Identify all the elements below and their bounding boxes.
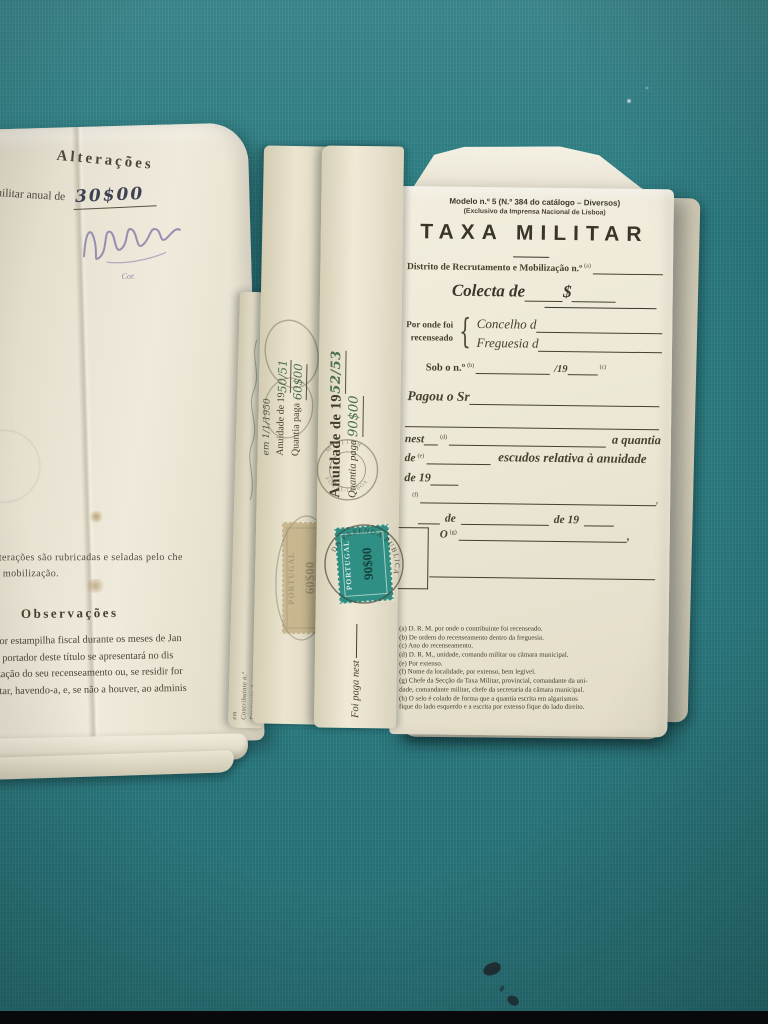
sealed-note-line: s alterações são rubricadas e seladas pe…: [0, 550, 252, 566]
teal-stamp-value: 90$00: [359, 547, 376, 580]
district-row: Distrito de Recrutamento e Mobilização n…: [407, 262, 663, 275]
de-label: de: [405, 452, 416, 464]
foi-paga-label: Foi paga nest: [350, 660, 362, 718]
sealed-note-line: io e mobilização.: [0, 566, 252, 582]
footnote-line: dade, comandante militar, chefe da secre…: [399, 686, 660, 695]
blank-line: [593, 265, 663, 275]
blank-line: [461, 514, 549, 526]
footnote-line: (g) Chefe da Secção da Taxa Militar, pro…: [399, 678, 660, 687]
brace-glyph: {: [459, 316, 471, 347]
observacoes-line: militar, havendo-a, e, se não a houver, …: [0, 680, 259, 701]
colecta-row: Colecta de $: [395, 280, 673, 303]
blank-line: [538, 340, 662, 354]
por-onde-labels: Por onde foi recenseado: [406, 318, 453, 346]
footnote-marker-d: (d): [440, 435, 447, 441]
blank-line: [429, 562, 655, 579]
blank-line: [476, 364, 550, 375]
photo-of-open-tax-booklet: Alterações xa militar anual de30$00 Cor.…: [0, 0, 768, 1024]
blank-line: [525, 286, 563, 302]
currency-symbol: $: [563, 282, 572, 302]
blank-line: [418, 514, 440, 525]
footnote-line: (a) D. R. M. por onde o contribuinte foi…: [399, 625, 660, 634]
ink-spot: [499, 984, 506, 992]
sob-label: Sob o n.º: [426, 362, 466, 373]
nest-label: nest: [405, 433, 424, 445]
ink-spot: [482, 961, 502, 977]
colecta-double-rule: [545, 307, 657, 309]
blank-line: [431, 474, 459, 486]
receipt-stub-1952: Anuidade de 1952/53 Quantia paga 90$00 M…: [314, 145, 404, 728]
o-label: O: [440, 529, 448, 541]
footnote-marker-b: (b): [467, 363, 474, 369]
paper-stain: [88, 510, 104, 522]
photo-bottom-edge: [0, 1011, 768, 1024]
concelho-row: Concelho d: [477, 316, 663, 334]
signature-handwriting: [74, 202, 189, 272]
freguesia-label: Freguesia d: [476, 335, 538, 352]
blank-line: [424, 435, 438, 446]
continuation-line-row: [405, 412, 659, 430]
colecta-label: Colecta de: [452, 281, 525, 302]
de19-label: de 19: [404, 470, 431, 485]
footnote-line: (d) D. R. M., unidade, comando militar o…: [399, 652, 660, 661]
trailing-comma: ,: [627, 531, 630, 543]
footnote-marker-g: (g): [450, 530, 457, 536]
nest-quantia-row: nest (d) a quantia: [405, 430, 661, 448]
taxa-militar-form: Modelo n.º 5 (N.º 384 do catálogo – Dive…: [389, 186, 674, 737]
pagou-row: Pagou o Sr: [407, 388, 659, 407]
sob-numero-row: Sob o n.º (b) /19 (c): [426, 362, 638, 376]
quantia-value-handwritten: 90$00: [346, 396, 364, 438]
footnote-marker-c: (c): [600, 365, 607, 371]
left-page: Alterações xa militar anual de30$00 Cor.…: [0, 122, 265, 747]
brown-stamp-value: 60$00: [302, 562, 317, 595]
freguesia-row: Freguesia d: [476, 335, 662, 353]
blank-line: [356, 624, 357, 658]
form-title: TAXA MILITAR: [395, 220, 673, 247]
blank-line: [459, 530, 627, 542]
anuidade-value-handwritten: 52/53: [329, 350, 347, 394]
date-row: de de 19: [418, 512, 650, 527]
title-rule: [513, 256, 549, 257]
concelho-label: Concelho d: [477, 316, 537, 333]
footnote-line: fique do lado esquerdo e a escrita por e…: [399, 704, 660, 713]
footnotes-block: (a) D. R. M. por onde o contribuinte foi…: [399, 625, 660, 712]
signature-official-row: O (g) ,: [440, 529, 630, 543]
blank-line: [536, 321, 662, 335]
escudos-label: escudos relativa à anuidade: [498, 449, 647, 467]
observacoes-heading: Observações: [21, 605, 119, 622]
de-mid-label: de: [445, 513, 456, 525]
blank-line: [405, 412, 659, 430]
blank-line: [420, 494, 656, 506]
blank-line: [470, 392, 660, 407]
footnote-marker-f: (f): [412, 492, 418, 498]
observacoes-paragraph: ga por estampilha fiscal durante os mese…: [0, 630, 259, 701]
recenseado-group: Por onde foi recenseado { Concelho d Fre…: [406, 312, 662, 353]
issuer-line: (Exclusivo da Imprensa Nacional de Lisbo…: [396, 207, 674, 217]
blank-line: [571, 287, 615, 303]
de19-date-label: de 19: [554, 514, 579, 526]
year-prefix: /19: [554, 364, 568, 375]
a-quantia-label: a quantia: [612, 433, 661, 449]
blank-line: [584, 516, 614, 527]
alteracoes-heading: Alterações: [56, 148, 155, 174]
trailing-comma: ,: [656, 495, 659, 506]
footnote-marker-e: (e): [418, 453, 425, 459]
district-label: Distrito de Recrutamento e Mobilização n…: [407, 262, 582, 274]
concelho-freguesia-fields: Concelho d Freguesia d: [476, 313, 662, 353]
recenseado-label: recenseado: [406, 331, 453, 345]
circular-postmark-militar: MILITAR FISCAL-LISBOA: [311, 433, 384, 506]
blank-line: [449, 435, 606, 448]
por-onde-foi-label: Por onde foi: [406, 318, 453, 332]
blank-line: [426, 454, 490, 466]
faint-postmarks: [260, 315, 327, 446]
tax-line-prefix: xa militar anual de: [0, 186, 66, 203]
sealed-note-paragraph: s alterações são rubricadas e seladas pe…: [0, 550, 252, 582]
pagou-label: Pagou o Sr: [407, 388, 469, 405]
brown-stamp-country: PORTUGAL: [287, 551, 296, 604]
localidade-row: (f) ,: [410, 492, 658, 506]
de19-row: de 19: [404, 470, 459, 486]
teal-revenue-stamp-with-postmark: PORTUGAL 90$00 DA FAZENDA PUBLICA: [322, 506, 406, 618]
escudos-row: de (e) escudos relativa à anuidade: [405, 448, 657, 467]
faint-stamp-impression: [0, 428, 42, 504]
signature-note: Cor.: [121, 272, 135, 281]
footnote-marker-a: (a): [584, 263, 591, 269]
ink-spot: [506, 994, 520, 1007]
extra-line-row: [429, 562, 655, 579]
blank-line: [567, 365, 597, 375]
